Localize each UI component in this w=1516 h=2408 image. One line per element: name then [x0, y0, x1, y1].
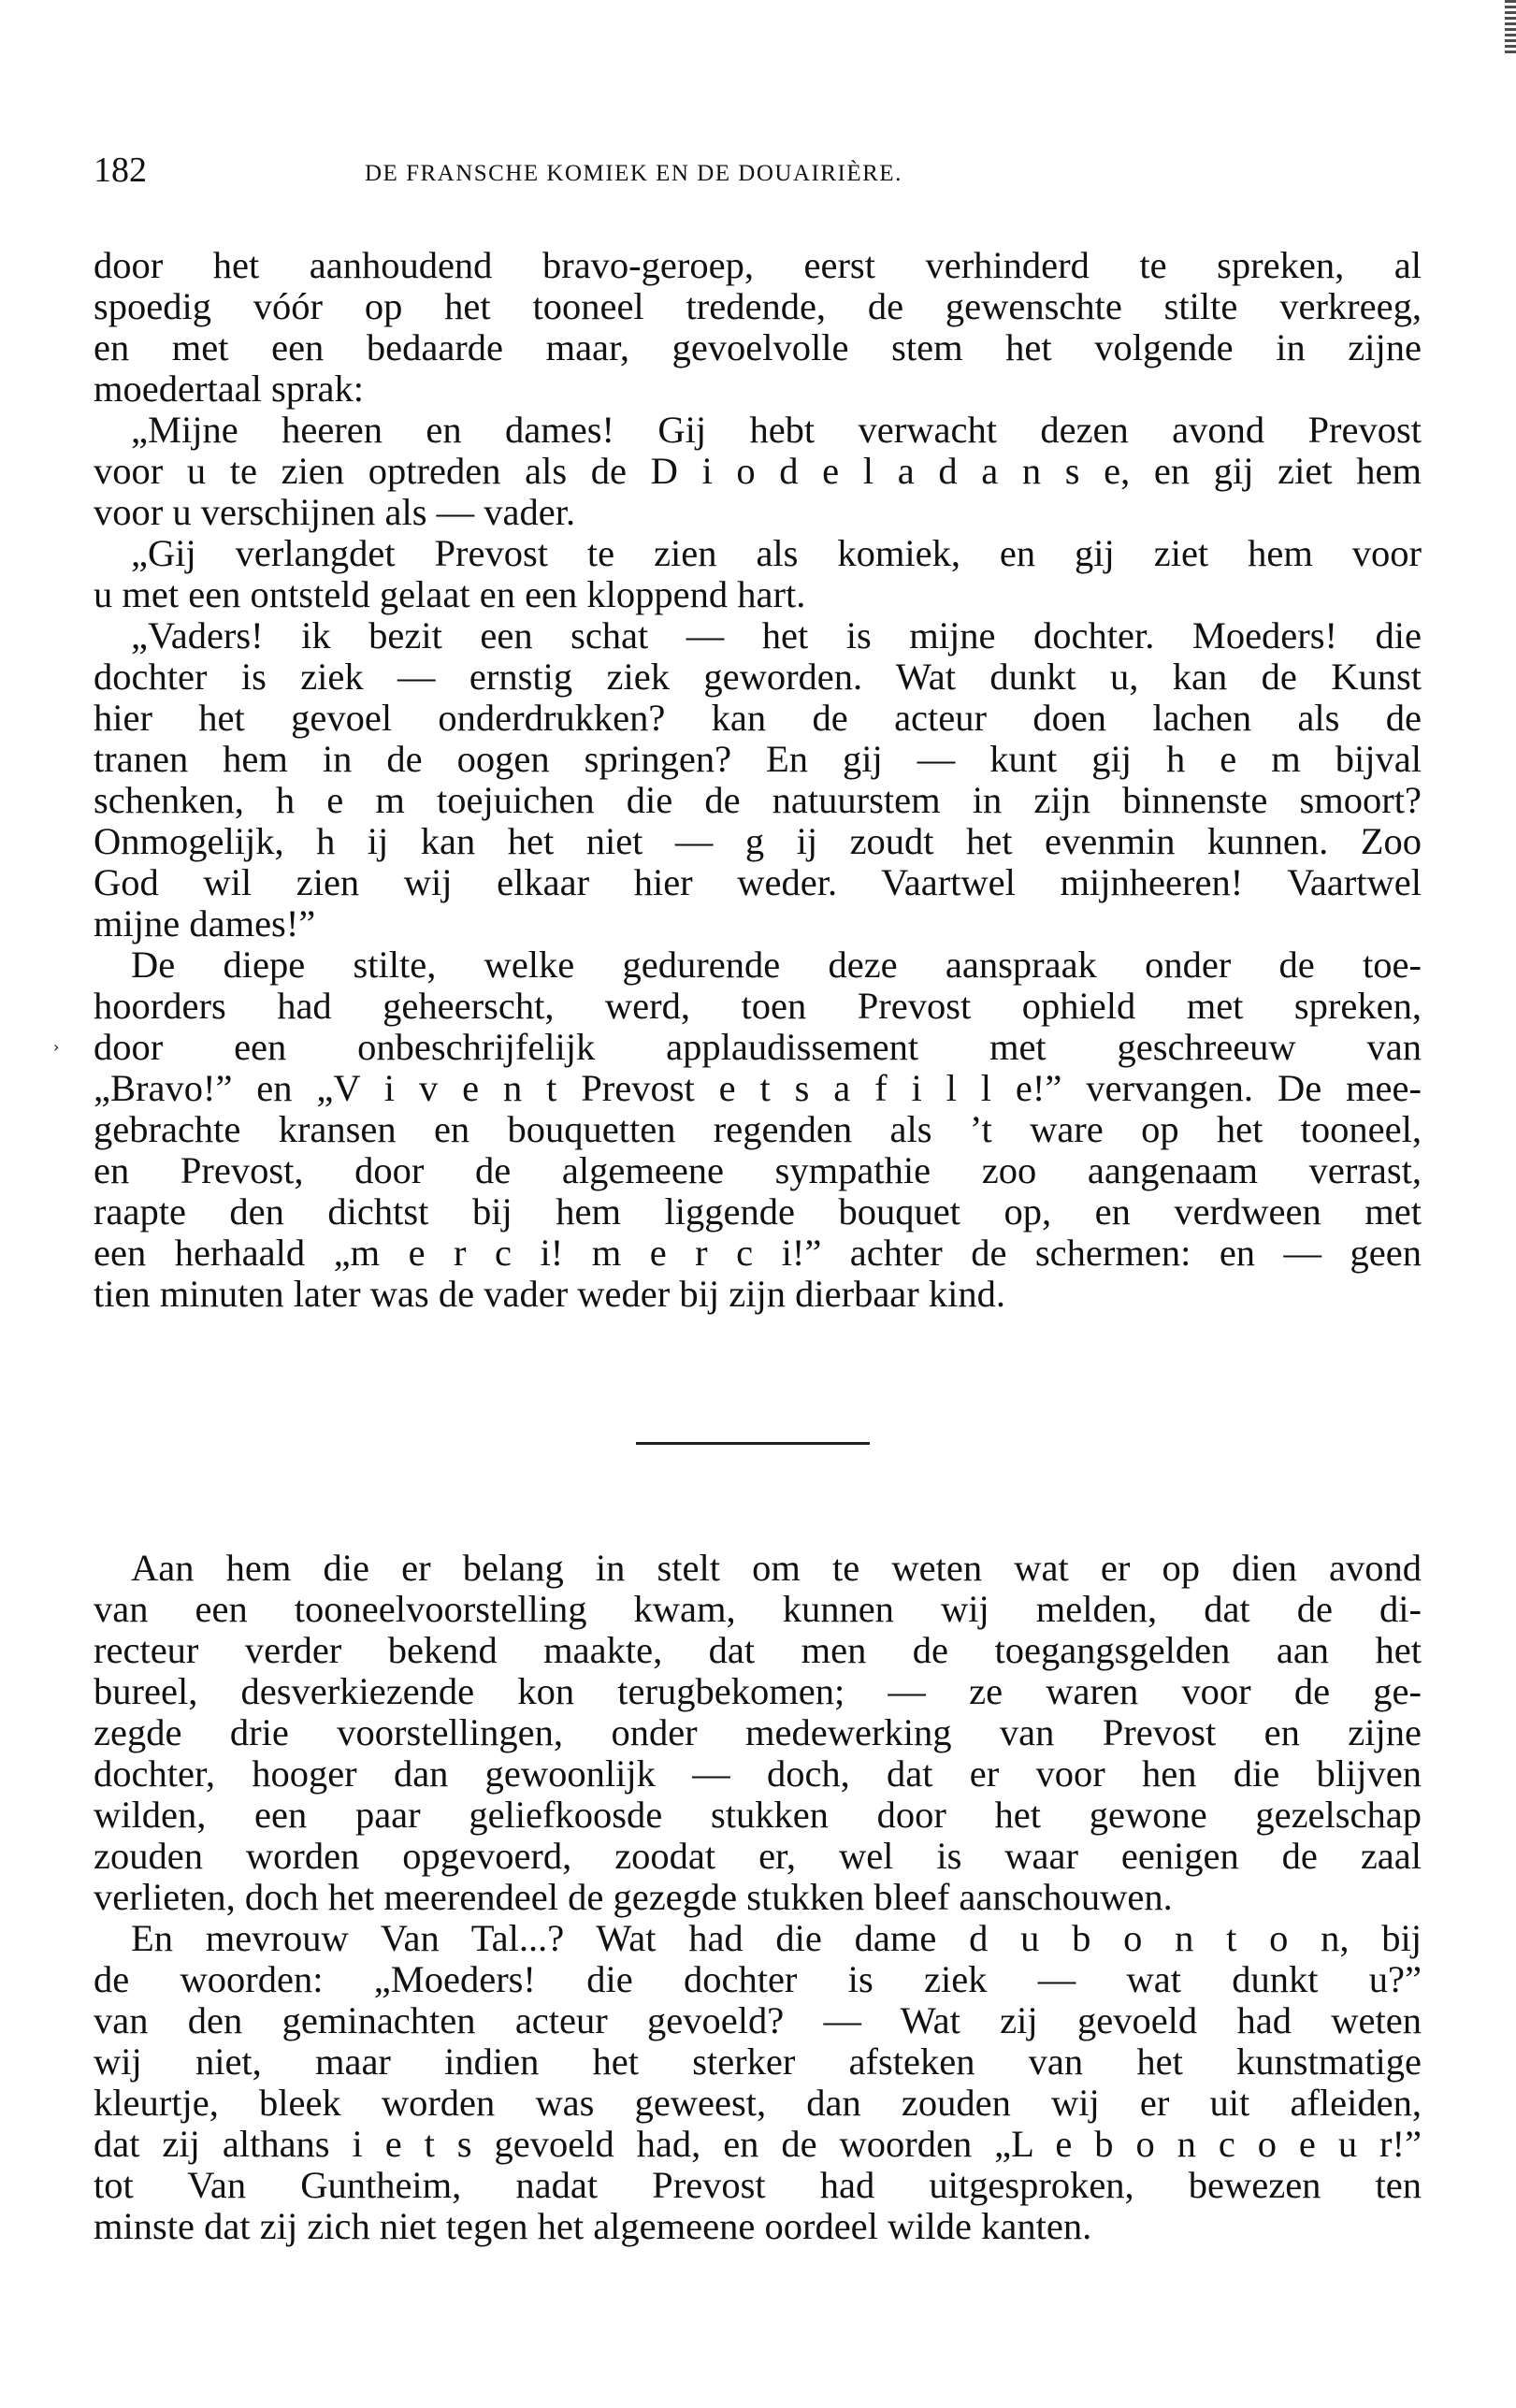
- text-line: minste dat zij zich niet tegen het algem…: [94, 2206, 1422, 2247]
- text-line: door het aanhoudend bravo-geroep, eerst …: [94, 245, 1422, 286]
- text-section-2: Aan hem die er belang in stelt om te wet…: [94, 1548, 1422, 2247]
- page-number: 182: [94, 150, 147, 191]
- text-line: „Vaders! ik bezit een schat — het is mij…: [94, 615, 1422, 656]
- text-section-1: door het aanhoudend bravo-geroep, eerst …: [94, 245, 1422, 1315]
- text-line: u met een ontsteld gelaat en een kloppen…: [94, 574, 1422, 615]
- text-line: door een onbeschrijfelijk applaudissemen…: [94, 1027, 1422, 1068]
- text-line: tot Van Guntheim, nadat Prevost had uitg…: [94, 2165, 1422, 2206]
- text-line: Aan hem die er belang in stelt om te wet…: [94, 1548, 1422, 1589]
- text-line: tranen hem in de oogen springen? En gij …: [94, 739, 1422, 780]
- text-line: En mevrouw Van Tal...? Wat had die dame …: [94, 1918, 1422, 1959]
- text-line: van een tooneelvoorstelling kwam, kunnen…: [94, 1589, 1422, 1630]
- section-divider-rule: [636, 1442, 870, 1445]
- text-line: kleurtje, bleek worden was geweest, dan …: [94, 2083, 1422, 2124]
- text-line: tien minuten later was de vader weder bi…: [94, 1274, 1422, 1315]
- text-line: „Gij verlangdet Prevost te zien als komi…: [94, 533, 1422, 574]
- text-line: verlieten, doch het meerendeel de gezegd…: [94, 1877, 1422, 1918]
- book-page: 182 DE FRANSCHE KOMIEK EN DE DOUAIRIÈRE.…: [0, 0, 1516, 2408]
- text-line: en met een bedaarde maar, gevoelvolle st…: [94, 327, 1422, 368]
- text-line: wilden, een paar geliefkoosde stukken do…: [94, 1795, 1422, 1836]
- text-line: bureel, desverkiezende kon terugbekomen;…: [94, 1671, 1422, 1712]
- text-line: van den geminachten acteur gevoeld? — Wa…: [94, 2000, 1422, 2041]
- text-line: De diepe stilte, welke gedurende deze aa…: [94, 944, 1422, 986]
- text-line: God wil zien wij elkaar hier weder. Vaar…: [94, 862, 1422, 903]
- text-line: dochter, hooger dan gewoonlijk — doch, d…: [94, 1753, 1422, 1795]
- text-line: moedertaal sprak:: [94, 368, 1422, 410]
- text-line: mijne dames!”: [94, 903, 1422, 944]
- text-line: gebrachte kransen en bouquetten regenden…: [94, 1109, 1422, 1150]
- text-line: wij niet, maar indien het sterker afstek…: [94, 2041, 1422, 2083]
- text-line: hoorders had geheerscht, werd, toen Prev…: [94, 986, 1422, 1027]
- text-line: een herhaald „m e r c i! m e r c i!” ach…: [94, 1233, 1422, 1274]
- text-line: Onmogelijk, h ij kan het niet — g ij zou…: [94, 821, 1422, 862]
- text-line: dochter is ziek — ernstig ziek geworden.…: [94, 656, 1422, 698]
- text-line: voor u te zien optreden als de D i o d e…: [94, 451, 1422, 492]
- text-line: schenken, h e m toejuichen die de natuur…: [94, 780, 1422, 821]
- text-line: spoedig vóór op het tooneel tredende, de…: [94, 286, 1422, 327]
- text-line: raapte den dichtst bij hem liggende bouq…: [94, 1191, 1422, 1233]
- text-line: „Mijne heeren en dames! Gij hebt verwach…: [94, 410, 1422, 451]
- margin-mark: ›: [53, 1038, 59, 1056]
- text-line: de woorden: „Moeders! die dochter is zie…: [94, 1959, 1422, 2000]
- text-line: zegde drie voorstellingen, onder medewer…: [94, 1712, 1422, 1753]
- text-line: zouden worden opgevoerd, zoodat er, wel …: [94, 1836, 1422, 1877]
- scan-edge-artifact: [1505, 0, 1516, 56]
- page-header: 182 DE FRANSCHE KOMIEK EN DE DOUAIRIÈRE.: [94, 150, 1422, 196]
- text-line: dat zij althans i e t s gevoeld had, en …: [94, 2124, 1422, 2165]
- text-line: voor u verschijnen als — vader.: [94, 492, 1422, 533]
- text-line: en Prevost, door de algemeene sympathie …: [94, 1150, 1422, 1191]
- text-line: hier het gevoel onderdrukken? kan de act…: [94, 698, 1422, 739]
- text-line: recteur verder bekend maakte, dat men de…: [94, 1630, 1422, 1671]
- text-line: „Bravo!” en „V i v e n t Prevost e t s a…: [94, 1068, 1422, 1109]
- running-head: DE FRANSCHE KOMIEK EN DE DOUAIRIÈRE.: [365, 161, 902, 187]
